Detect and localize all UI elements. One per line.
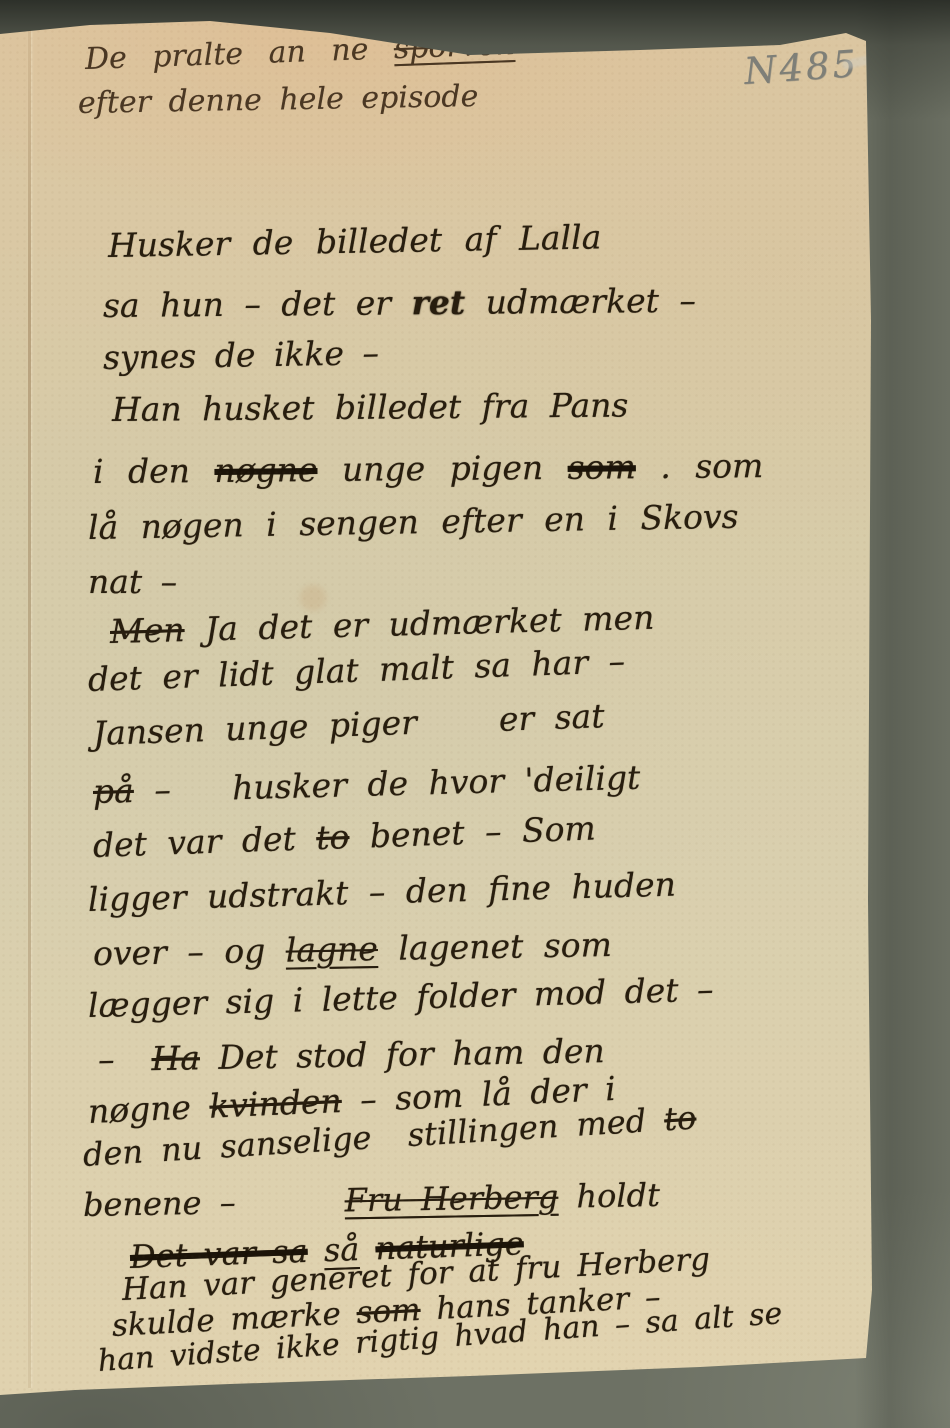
text-segment: lå nøgen i sengen efter en i Skovs [88,497,739,547]
manuscript-line: Han husket billedet fra Pans [112,385,629,429]
text-segment: synes de ikke – [103,333,380,377]
text-segment: nøgne [214,450,317,490]
text-segment: ligger udstrakt – den fine huden [87,865,676,919]
text-segment: benet – Som [349,808,597,856]
text-segment: Husker de billedet af Lalla [108,217,602,265]
text-segment: Ja det er udmærket men [184,598,655,649]
manuscript-line: Husker de billedet af Lalla [108,217,602,265]
text-segment: benene – [83,1181,345,1224]
text-segment: Ha [151,1038,200,1078]
text-segment: efter denne hele episode [78,79,479,121]
manuscript-line: nat – [88,562,177,601]
text-segment: udmærket – [465,281,696,322]
text-segment: sa hun – det er [103,283,412,325]
text-segment: lagenet som [378,925,613,968]
text-segment: . som [636,446,764,486]
text-segment: Det stod for ham den [200,1031,605,1077]
text-segment: Men [109,610,185,651]
text-segment: på [92,771,134,811]
fold-crease [28,28,31,1388]
manuscript-line: efter denne hele episode [78,79,479,121]
manuscript-line: Jansen unge piger er sat [92,696,605,753]
manuscript-line: det er lidt glat malt sa har – [87,641,625,699]
manuscript-line: lægger sig i lette folder mod det – [87,970,713,1025]
text-segment: Fru Herberg [344,1178,558,1220]
text-segment: holdt [558,1176,660,1216]
scanned-manuscript-page: De pralte an ne sporvenefter denne hele … [0,0,950,1428]
text-segment: det er lidt glat malt sa har – [87,641,625,699]
manuscript-line: sa hun – det er ret udmærket – [103,281,696,325]
text-segment: Han husket billedet fra Pans [112,385,629,429]
manuscript-line: på – husker de hvor 'deiligt [92,758,640,811]
text-segment: De pralte an ne [84,31,394,77]
text-segment: Jansen unge piger er sat [92,696,605,753]
manuscript-line: i den nøgne unge pigen som . som [93,446,764,491]
text-segment: det var det [92,818,317,865]
text-segment: to [316,817,350,857]
text-segment: nøgne [87,1087,210,1131]
text-segment: over – og [93,931,286,973]
text-segment: ret [411,283,465,322]
manuscript-line: benene – Fru Herberg holdt [83,1176,661,1224]
manuscript-line: over – og lagne lagenet som [93,925,613,973]
manuscript-line: synes de ikke – [103,333,380,377]
text-segment: unge pigen [317,448,568,489]
text-segment: som [568,447,636,487]
manuscript-line: lå nøgen i sengen efter en i Skovs [88,497,739,547]
text-segment: lægger sig i lette folder mod det – [87,970,713,1025]
manuscript-paper: De pralte an ne sporvenefter denne hele … [0,0,880,1402]
text-segment: i den [93,451,215,491]
text-segment: kvinden [209,1081,343,1126]
manuscript-line: det var det to benet – Som [92,808,596,865]
manuscript-line: ligger udstrakt – den fine huden [87,865,676,919]
text-segment: to [663,1099,697,1139]
text-segment: lagne [285,929,378,970]
text-segment: – husker de hvor 'deiligt [133,758,640,810]
text-segment: – [98,1039,152,1079]
text-segment: nat – [88,562,177,601]
